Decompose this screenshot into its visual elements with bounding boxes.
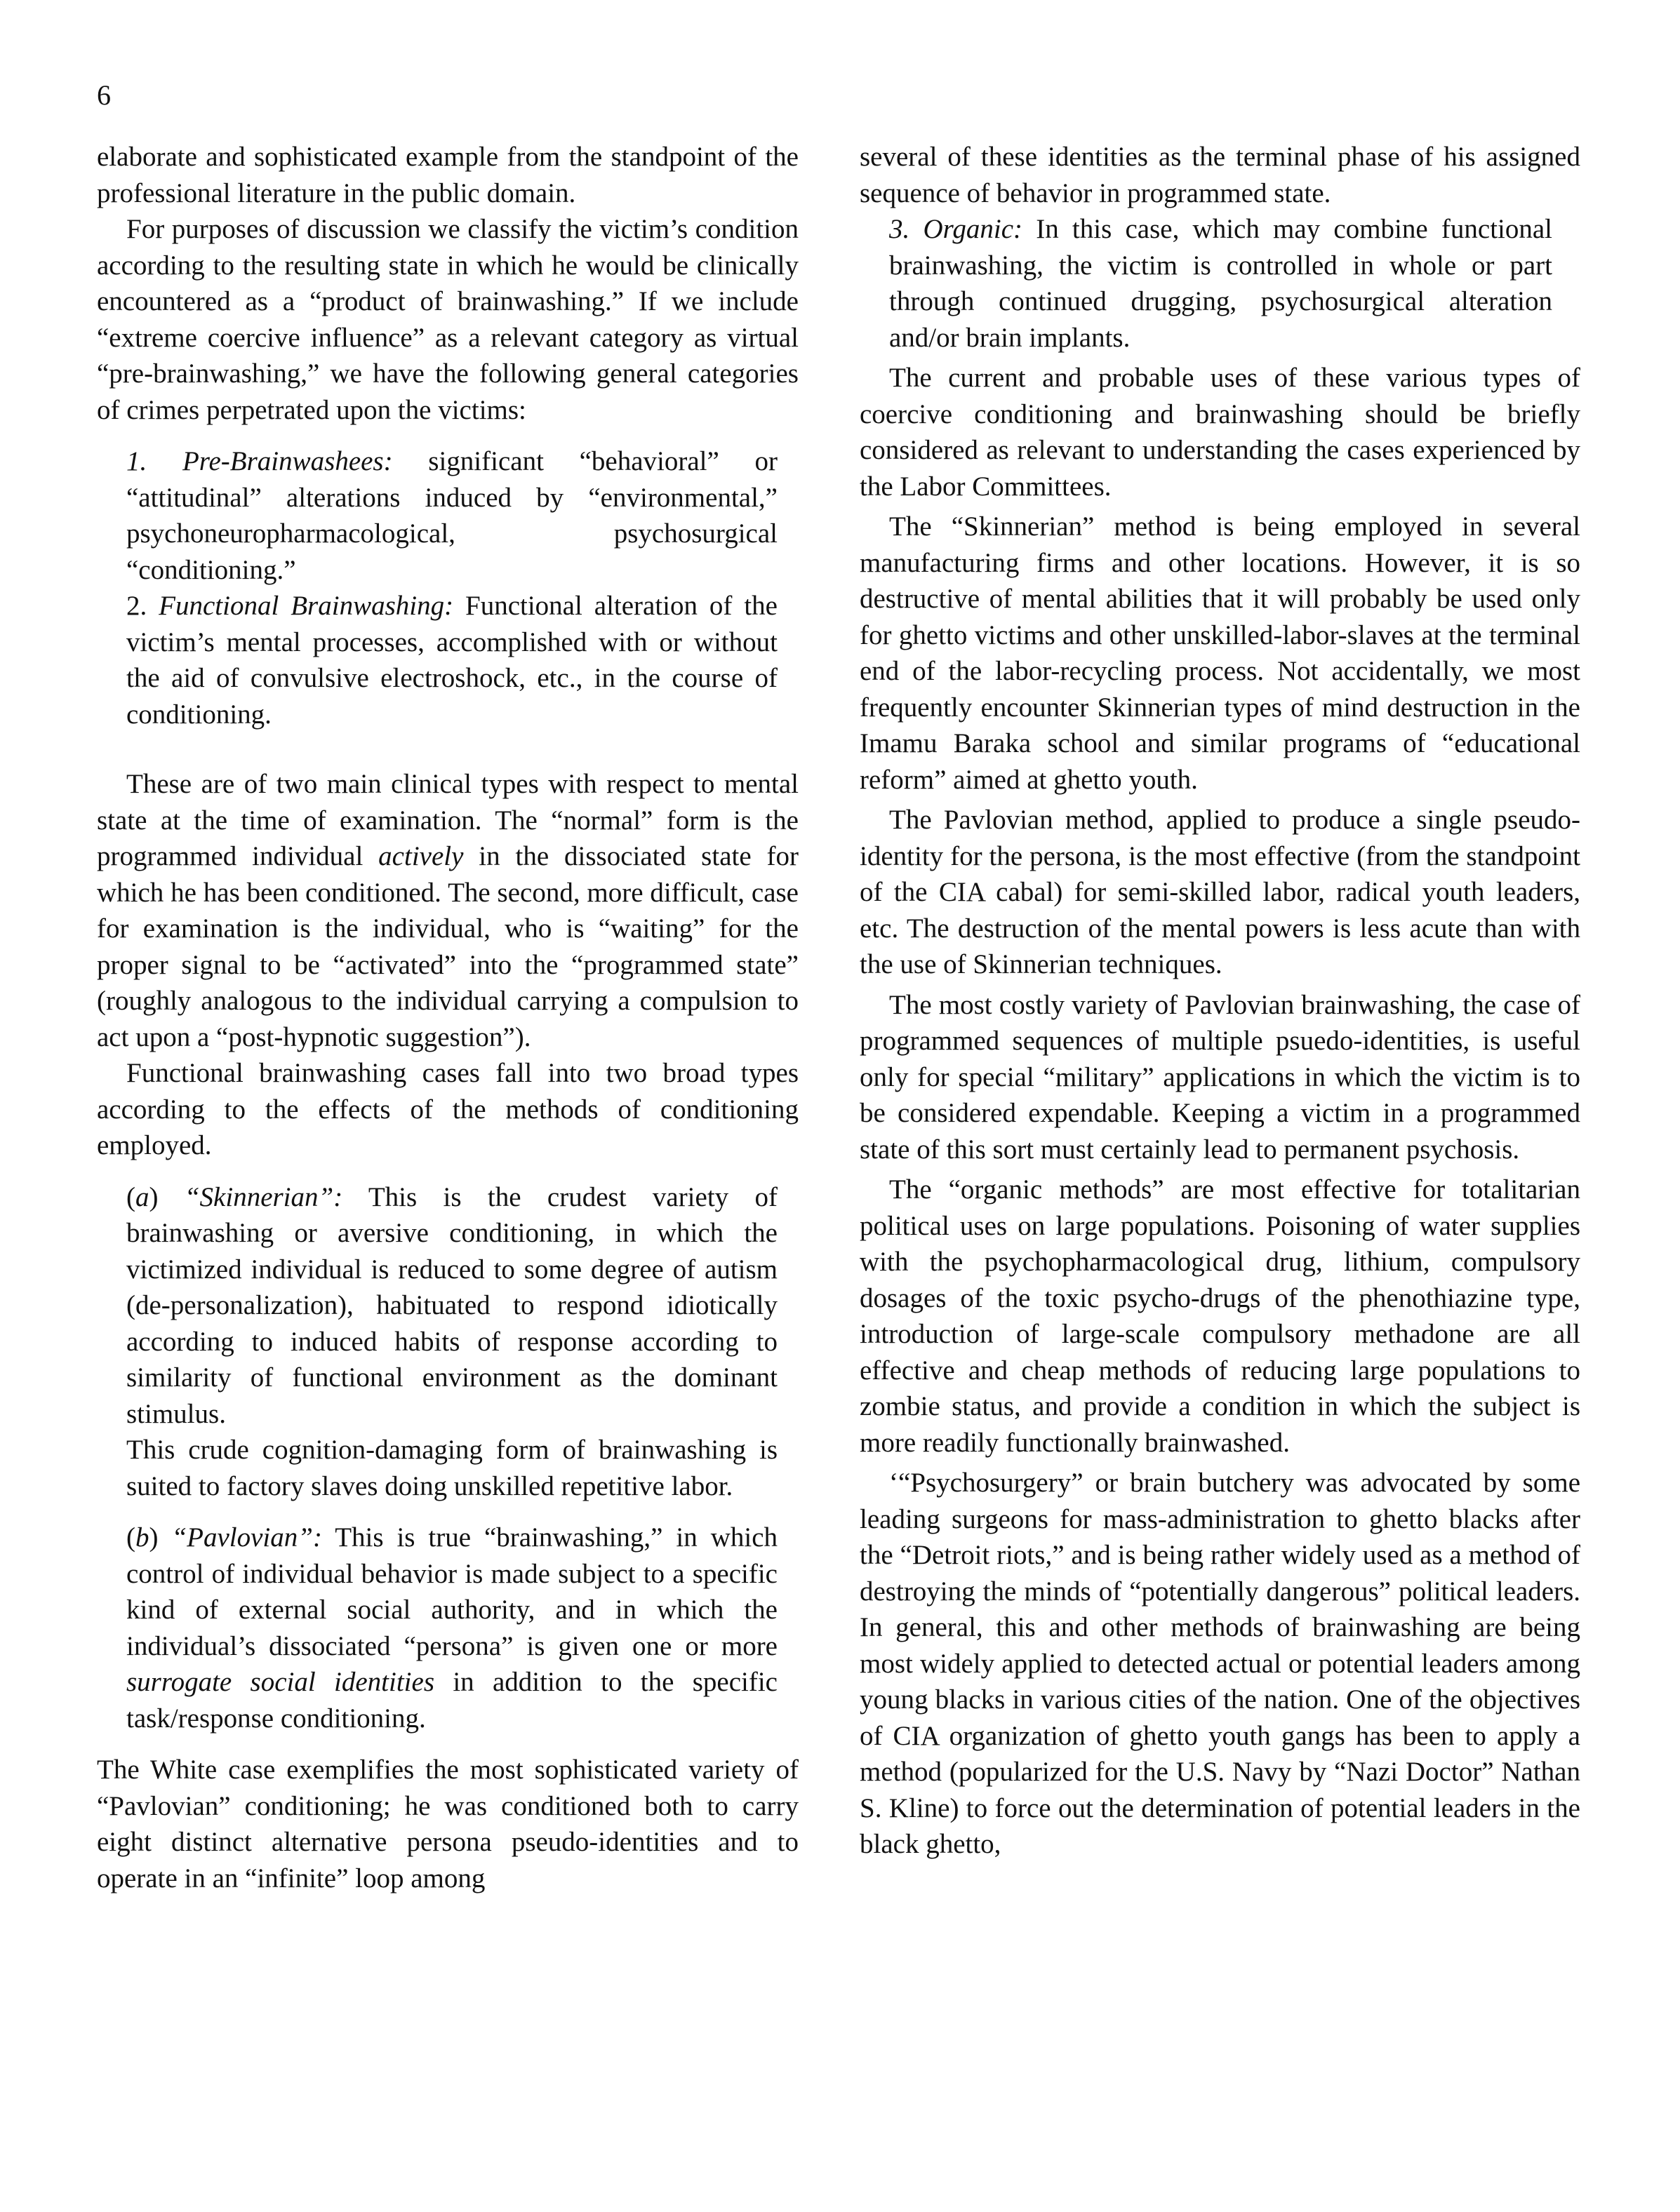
- paragraph-continuation: several of these identities as the termi…: [860, 139, 1580, 211]
- paragraph-classification: For purposes of discussion we classify t…: [97, 211, 799, 428]
- paragraph-white-case: The White case exemplifies the most soph…: [97, 1752, 799, 1896]
- page-number: 6: [97, 79, 111, 112]
- paren: (: [126, 1522, 135, 1553]
- text-segment: in the dissociated state for which he ha…: [97, 841, 799, 1052]
- paren: ): [149, 1182, 159, 1212]
- list-marker: 2.: [126, 591, 147, 621]
- paragraph-pavlovian-method: The Pavlovian method, applied to produce…: [860, 802, 1580, 983]
- subtype-text: This is the crudest variety of brainwash…: [126, 1182, 778, 1429]
- subtype-pavlovian: (b) “Pavlovian”: This is true “brainwash…: [97, 1520, 799, 1736]
- paragraph-clinical-types: These are of two main clinical types wit…: [97, 766, 799, 1055]
- subtype-b: (b) “Pavlovian”: This is true “brainwash…: [126, 1520, 778, 1736]
- subtype-term: “Skinnerian”:: [185, 1182, 342, 1212]
- subtype-a-note: This crude cognition-damaging form of br…: [126, 1432, 778, 1504]
- paren: (: [126, 1182, 135, 1212]
- subtype-term: “Pavlovian”:: [171, 1522, 321, 1553]
- right-column: several of these identities as the termi…: [860, 139, 1580, 1863]
- paragraph-costly-variety: The most costly variety of Pavlovian bra…: [860, 987, 1580, 1168]
- subtype-skinnerian: (a) “Skinnerian”: This is the crudest va…: [97, 1179, 799, 1505]
- list-item-organic: 3. Organic: In this case, which may comb…: [860, 211, 1580, 356]
- list-item-pre-brainwashees: 1. Pre-Brainwashees: significant “behavi…: [126, 443, 778, 588]
- subtype-a: (a) “Skinnerian”: This is the crudest va…: [126, 1179, 778, 1433]
- paren: ): [149, 1522, 159, 1553]
- list-term: Functional Brainwashing:: [159, 591, 453, 621]
- organic-item: 3. Organic: In this case, which may comb…: [889, 211, 1552, 356]
- emphasis-surrogate-identities: surrogate social identities: [126, 1667, 434, 1697]
- list-item-functional-brainwashing: 2. Functional Brainwashing: Functional a…: [126, 588, 778, 732]
- list-marker: 3.: [889, 214, 909, 244]
- subtype-marker: a: [135, 1182, 149, 1212]
- subtype-marker: b: [135, 1522, 149, 1553]
- list-term: Pre-Brainwashees:: [182, 446, 393, 476]
- paragraph-current-uses: The current and probable uses of these v…: [860, 360, 1580, 504]
- paragraph-functional-cases: Functional brainwashing cases fall into …: [97, 1055, 799, 1164]
- paragraph-organic-methods: The “organic methods” are most effective…: [860, 1172, 1580, 1461]
- paragraph-skinnerian-method: The “Skinnerian” method is being employe…: [860, 509, 1580, 798]
- left-column: elaborate and sophisticated example from…: [97, 139, 799, 1896]
- list-term: Organic:: [923, 214, 1022, 244]
- emphasis-actively: actively: [378, 841, 463, 871]
- paragraph-continuation: elaborate and sophisticated example from…: [97, 139, 799, 211]
- paragraph-psychosurgery: ‘“Psychosurgery” or brain butchery was a…: [860, 1465, 1580, 1863]
- list-marker: 1.: [126, 446, 147, 476]
- category-list: 1. Pre-Brainwashees: significant “behavi…: [97, 443, 799, 732]
